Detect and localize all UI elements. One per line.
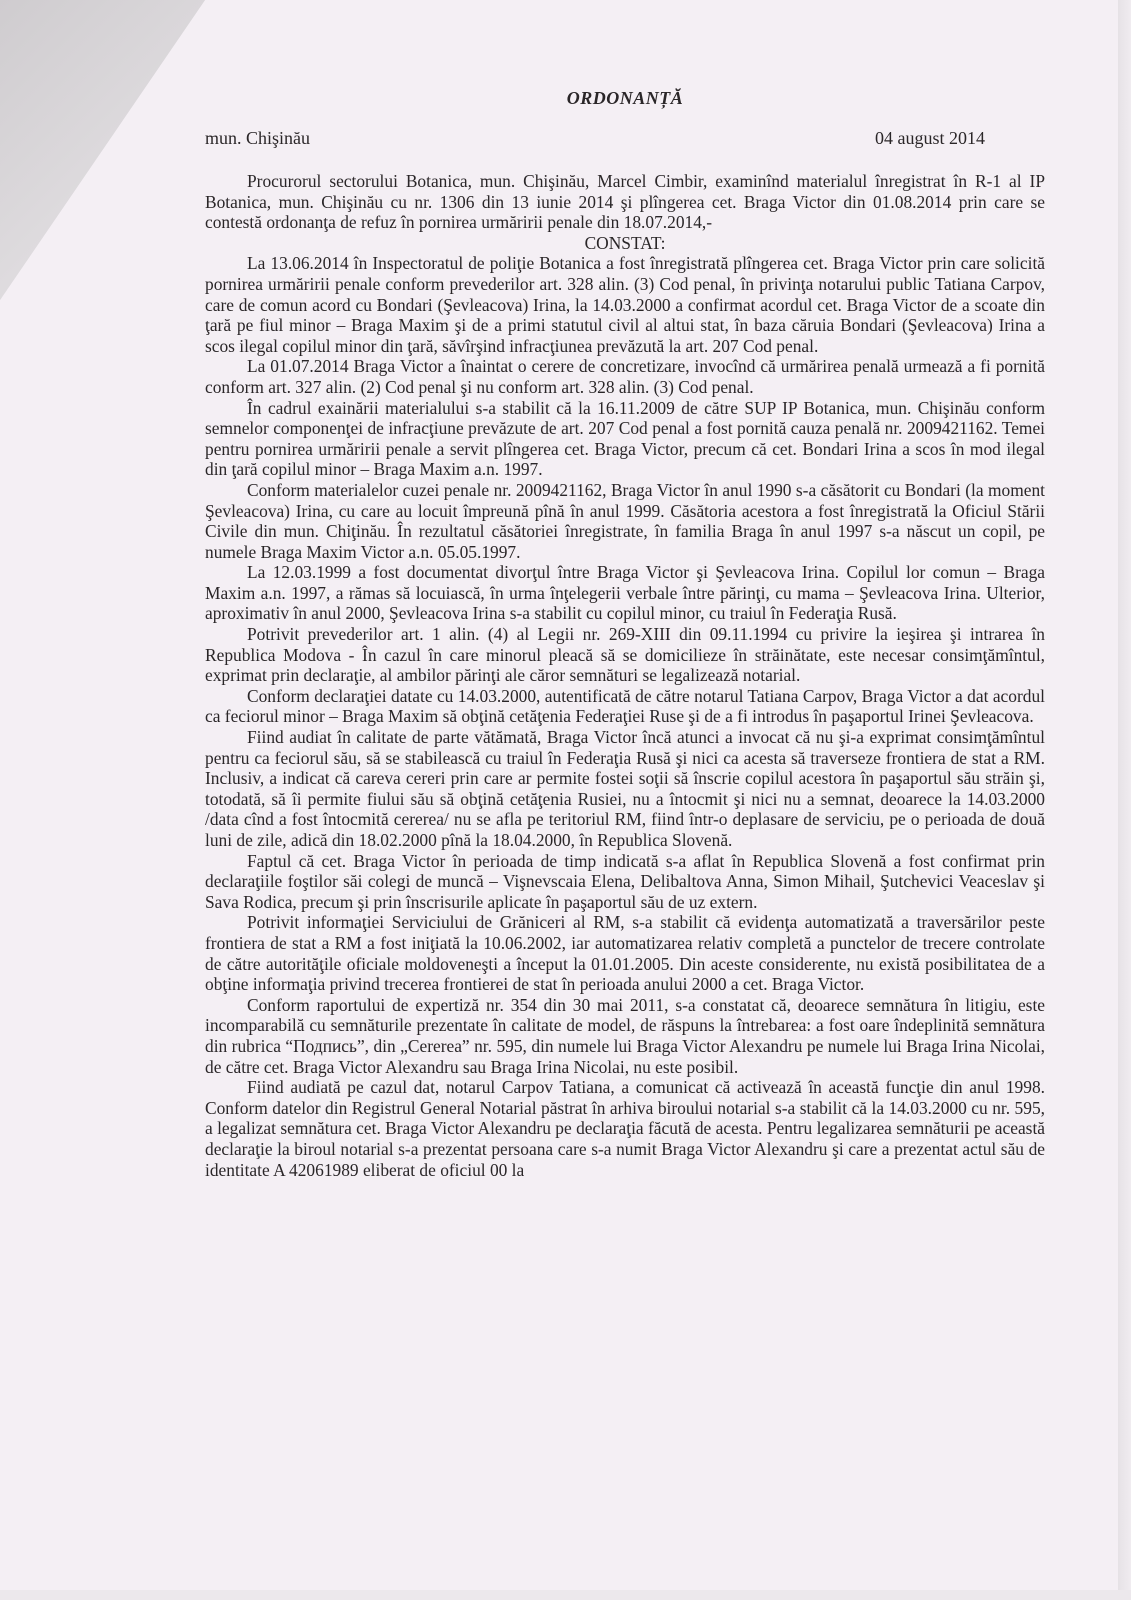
document-title: ORDONANȚĂ	[205, 88, 1045, 109]
document-text: Procurorul sectorului Botanica, mun. Chi…	[205, 171, 1045, 1180]
paragraph: Potrivit prevederilor art. 1 alin. (4) a…	[205, 624, 1045, 686]
paragraph: Fiind audiată pe cazul dat, notarul Carp…	[205, 1077, 1045, 1180]
document-location: mun. Chişinău	[205, 128, 310, 149]
paragraph: Conform raportului de expertiză nr. 354 …	[205, 995, 1045, 1077]
document-date: 04 august 2014	[875, 128, 985, 149]
paragraph: Potrivit informaţiei Serviciului de Grăn…	[205, 912, 1045, 994]
paragraph: La 12.03.1999 a fost documentat divorţul…	[205, 562, 1045, 624]
paragraph: Conform declaraţiei datate cu 14.03.2000…	[205, 686, 1045, 727]
paragraph: Faptul că cet. Braga Victor în perioada …	[205, 851, 1045, 913]
paragraph: Fiind audiat în calitate de parte vătăma…	[205, 727, 1045, 851]
paragraph: Conform materialelor cuzei penale nr. 20…	[205, 480, 1045, 562]
page-bottom-edge	[0, 1590, 1131, 1600]
paragraph: În cadrul exainării materialului s-a sta…	[205, 398, 1045, 480]
intro-paragraph: Procurorul sectorului Botanica, mun. Chi…	[205, 171, 1045, 233]
paragraph: La 13.06.2014 în Inspectoratul de poliţi…	[205, 253, 1045, 356]
paragraph: La 01.07.2014 Braga Victor a înaintat o …	[205, 356, 1045, 397]
document-header: mun. Chişinău 04 august 2014	[205, 128, 985, 149]
section-heading: CONSTAT:	[205, 233, 1045, 254]
page-edge	[1118, 0, 1131, 1600]
